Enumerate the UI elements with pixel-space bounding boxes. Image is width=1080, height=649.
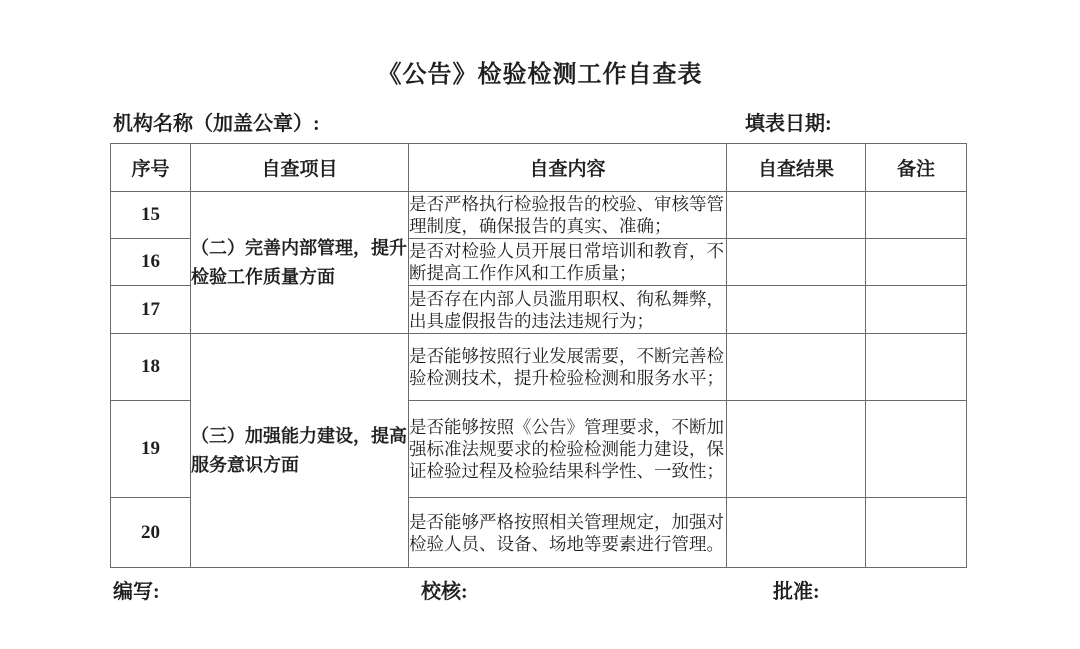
- header-remarks: 备注: [866, 144, 967, 192]
- header-serial-number: 序号: [111, 144, 191, 192]
- remark-cell: [866, 498, 967, 568]
- result-cell: [727, 239, 866, 286]
- org-name-label: 机构名称（加盖公章）:: [113, 107, 320, 136]
- row-number: 17: [111, 286, 191, 334]
- self-check-content: 是否存在内部人员滥用职权、徇私舞弊，出具虚假报告的违法违规行为；: [409, 286, 727, 334]
- row-number: 15: [111, 192, 191, 239]
- result-cell: [727, 498, 866, 568]
- result-cell: [727, 286, 866, 334]
- self-check-content: 是否能够严格按照相关管理规定，加强对检验人员、设备、场地等要素进行管理。: [409, 498, 727, 568]
- scanned-form-page: 《公告》检验检测工作自查表 机构名称（加盖公章）: 填表日期: 序号 自查项目 …: [0, 0, 1080, 649]
- fill-date-label: 填表日期:: [745, 107, 832, 136]
- page-title: 《公告》检验检测工作自查表: [0, 54, 1080, 89]
- table-header-row: 序号 自查项目 自查内容 自查结果 备注: [111, 144, 967, 192]
- self-check-content: 是否能够按照行业发展需要，不断完善检验检测技术，提升检验检测和服务水平；: [409, 334, 727, 401]
- signature-row: 编写: 校核: 批准:: [0, 575, 1080, 605]
- result-cell: [727, 192, 866, 239]
- remark-cell: [866, 286, 967, 334]
- self-check-content: 是否对检验人员开展日常培训和教育，不断提高工作作风和工作质量；: [409, 239, 727, 286]
- form-meta-row: 机构名称（加盖公章）: 填表日期:: [0, 107, 1080, 137]
- writer-label: 编写:: [113, 575, 160, 604]
- self-check-item-group-3: （三）加强能力建设，提高服务意识方面: [191, 334, 409, 568]
- header-self-check-result: 自查结果: [727, 144, 866, 192]
- header-self-check-content: 自查内容: [409, 144, 727, 192]
- row-number: 16: [111, 239, 191, 286]
- row-number: 19: [111, 401, 191, 498]
- checker-label: 校核:: [421, 575, 468, 604]
- self-check-item-group-2: （二）完善内部管理，提升检验工作质量方面: [191, 192, 409, 334]
- table-row-15: 15 （二）完善内部管理，提升检验工作质量方面 是否严格执行检验报告的校验、审核…: [111, 192, 967, 239]
- header-self-check-item: 自查项目: [191, 144, 409, 192]
- remark-cell: [866, 192, 967, 239]
- table-row-18: 18 （三）加强能力建设，提高服务意识方面 是否能够按照行业发展需要，不断完善检…: [111, 334, 967, 401]
- self-check-content: 是否能够按照《公告》管理要求，不断加强标准法规要求的检验检测能力建设，保证检验过…: [409, 401, 727, 498]
- remark-cell: [866, 334, 967, 401]
- remark-cell: [866, 401, 967, 498]
- self-check-table: 序号 自查项目 自查内容 自查结果 备注 15 （二）完善内部管理，提升检验工作…: [110, 143, 967, 568]
- result-cell: [727, 334, 866, 401]
- remark-cell: [866, 239, 967, 286]
- result-cell: [727, 401, 866, 498]
- row-number: 20: [111, 498, 191, 568]
- row-number: 18: [111, 334, 191, 401]
- approver-label: 批准:: [773, 575, 820, 604]
- self-check-content: 是否严格执行检验报告的校验、审核等管理制度，确保报告的真实、准确；: [409, 192, 727, 239]
